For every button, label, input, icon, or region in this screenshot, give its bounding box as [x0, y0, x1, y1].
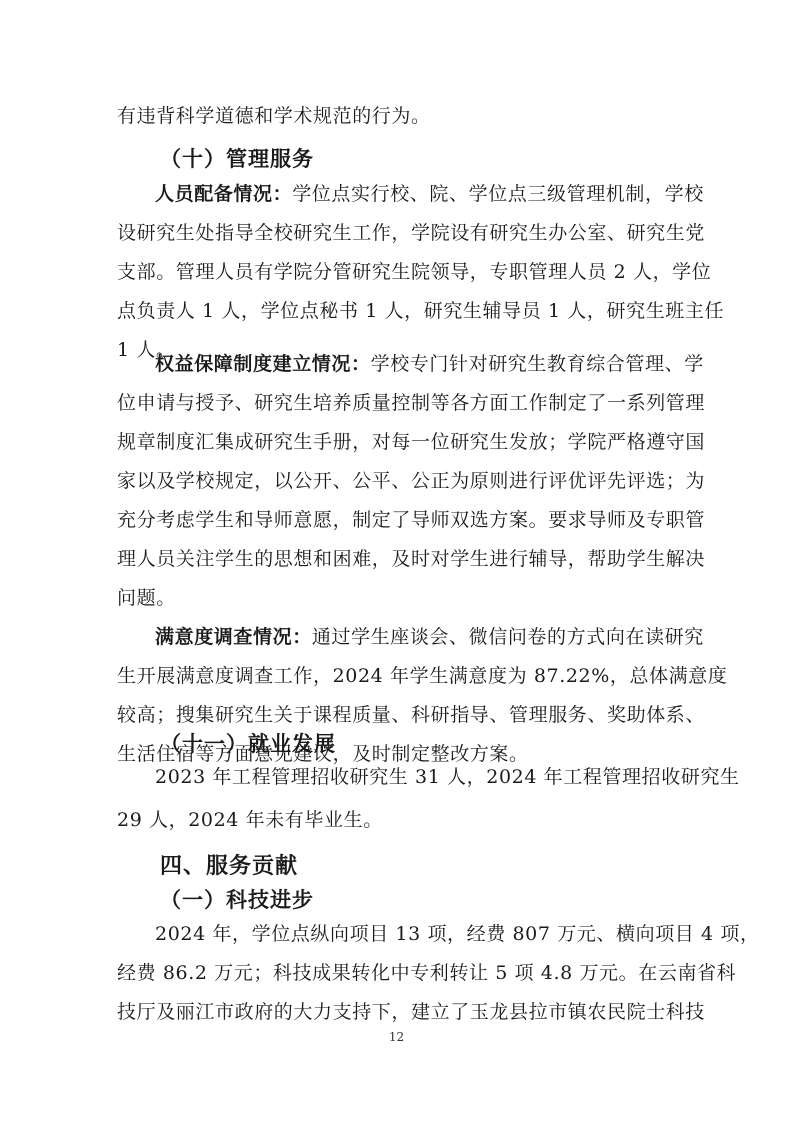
body-text-line: 29 人，2024 年未有毕业生。: [117, 808, 697, 832]
body-text-line: 2023 年工程管理招收研究生 31 人，2024 年工程管理招收研究生: [155, 765, 735, 789]
body-text-line: 理人员关注学生的思想和困难，及时对学生进行辅导，帮助学生解决: [117, 547, 697, 571]
body-text-line: 问题。: [117, 586, 697, 610]
paragraph-label-rights: 权益保障制度建立情况：: [155, 353, 371, 375]
body-text-line: 生开展满意度调查工作，2024 年学生满意度为 87.22%，总体满意度: [117, 664, 697, 688]
section-heading-tech-progress: （一）科技进步: [160, 884, 314, 914]
body-text-line: 2024 年，学位点纵向项目 13 项，经费 807 万元、横向项目 4 项，: [155, 922, 735, 946]
body-text-line: 技厅及丽江市政府的大力支持下，建立了玉龙县拉市镇农民院士科技: [117, 1000, 697, 1024]
body-text-line: 位申请与授予、研究生培养质量控制等各方面工作制定了一系列管理: [117, 391, 697, 415]
body-text-line: 家以及学校规定，以公开、公平、公正为原则进行评优评先评选；为: [117, 469, 697, 493]
body-text-line: 点负责人 1 人，学位点秘书 1 人，研究生辅导员 1 人，研究生班主任: [117, 299, 697, 323]
body-text-line: 有违背科学道德和学术规范的行为。: [117, 104, 697, 128]
paragraph-label-satisfaction: 满意度调查情况：: [155, 626, 312, 648]
paragraph-rights-line: 权益保障制度建立情况：学校专门针对研究生教育综合管理、学: [155, 352, 735, 376]
body-text-line: 较高；搜集研究生关于课程质量、科研指导、管理服务、奖助体系、: [117, 703, 697, 727]
page-number: 12: [0, 1030, 793, 1044]
body-text-line: 支部。管理人员有学院分管研究生院领导，专职管理人员 2 人，学位: [117, 260, 697, 284]
body-text: 通过学生座谈会、微信问卷的方式向在读研究: [312, 626, 704, 648]
body-text-line: 充分考虑学生和导师意愿，制定了导师双选方案。要求导师及专职管: [117, 508, 697, 532]
body-text-line: 经费 86.2 万元；科技成果转化中专利转让 5 项 4.8 万元。在云南省科: [117, 961, 697, 985]
chapter-heading-service-contribution: 四、服务贡献: [160, 849, 298, 880]
body-text: 学位点实行校、院、学位点三级管理机制，学校: [292, 183, 704, 205]
section-heading-management-service: （十）管理服务: [160, 143, 314, 173]
paragraph-satisfaction-line: 满意度调查情况：通过学生座谈会、微信问卷的方式向在读研究: [155, 625, 735, 649]
body-text-line: 设研究生处指导全校研究生工作，学院设有研究生办公室、研究生党: [117, 221, 697, 245]
body-text-line: 规章制度汇集成研究生手册，对每一位研究生发放；学院严格遵守国: [117, 430, 697, 454]
paragraph-label-staffing: 人员配备情况：: [155, 183, 292, 205]
section-heading-employment: （十一）就业发展: [160, 728, 336, 758]
paragraph-staffing-line: 人员配备情况：学位点实行校、院、学位点三级管理机制，学校: [155, 182, 735, 206]
body-text: 学校专门针对研究生教育综合管理、学: [371, 353, 704, 375]
